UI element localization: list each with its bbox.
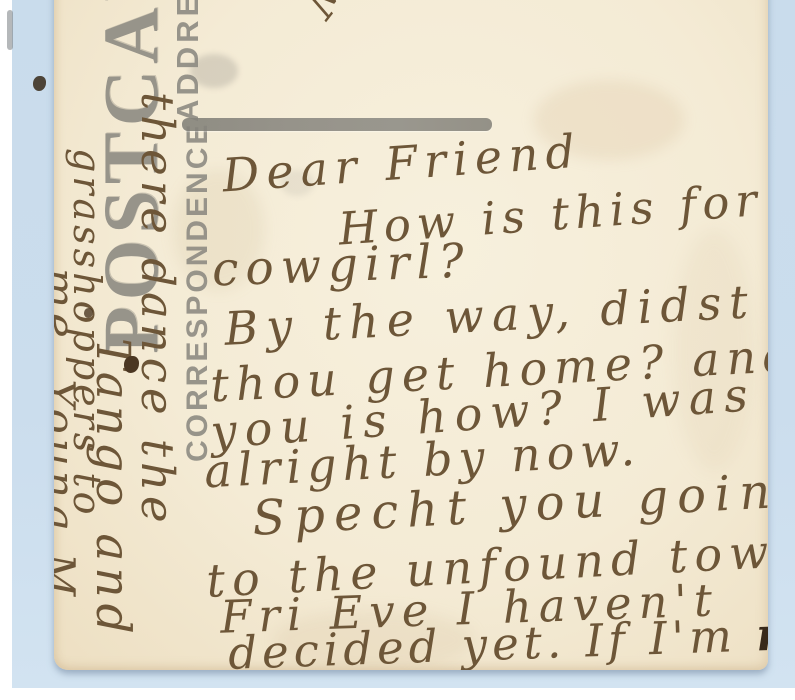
message-last-word: not bbox=[755, 605, 768, 661]
message-line: cowgirl? bbox=[211, 238, 471, 294]
margin-note-line: there dance the bbox=[135, 92, 180, 528]
ink-speck bbox=[7, 10, 13, 50]
divider-line bbox=[182, 118, 492, 131]
ink-smudge bbox=[190, 54, 238, 88]
address-start-handwriting: Mis bbox=[296, 0, 392, 26]
margin-note-line: me. Young M. bbox=[54, 268, 80, 619]
scanned-postcard-photo: POSTCARD ADDRESS CORRESPONDENCE Mis Dear… bbox=[0, 0, 795, 700]
postcard: POSTCARD ADDRESS CORRESPONDENCE Mis Dear… bbox=[54, 0, 768, 670]
message-line: Dear Friend bbox=[221, 127, 583, 198]
